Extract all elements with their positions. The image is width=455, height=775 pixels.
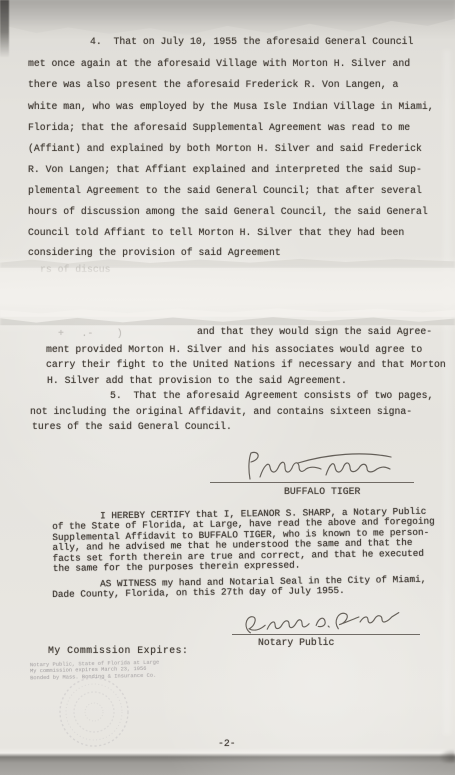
page-number: -2- [218, 738, 236, 750]
affiant-typed-name: BUFFALO TIGER [284, 486, 360, 498]
document-line: 5. That the aforesaid Agreement consists… [110, 390, 433, 402]
document-line: white man, who was employed by the Musa … [28, 101, 434, 113]
document-line: carry their fight to the United Nations … [46, 359, 446, 371]
document-line: there was also present the aforesaid Fre… [28, 79, 398, 91]
affiant-signature-line [210, 482, 414, 483]
document-line: met once again at the aforesaid Village … [28, 58, 410, 70]
scan-lighting-overlay [0, 0, 455, 775]
scanned-affidavit-page: 4. That on July 10, 1955 the aforesaid G… [0, 0, 455, 775]
document-line: Council told Affiant to tell Morton H. S… [28, 227, 404, 239]
document-line: Dade County, Florida, on this 27th day o… [52, 585, 444, 601]
document-line: ment provided Morton H. Silver and his a… [46, 344, 422, 356]
affiant-handwritten-signature [238, 448, 403, 486]
top-left-edge-shadow [0, 0, 9, 58]
document-line: plemental Agreement to the said General … [28, 185, 422, 197]
document-line: Florida; that the aforesaid Supplemental… [28, 122, 410, 134]
document-line: the same for the purposes therein expres… [53, 559, 445, 575]
bottom-right-smudge [439, 749, 455, 763]
document-line: tures of the said General Council. [32, 421, 232, 433]
faint-erased-marks: + .- ) [58, 328, 123, 340]
notarial-seal-icon [54, 674, 134, 752]
notary-certification-paragraph: I HEREBY CERTIFY that I, ELEANOR S. SHAR… [52, 507, 445, 575]
document-line: (Affiant) and explained by both Morton H… [28, 143, 422, 155]
notary-signature-line [232, 634, 420, 635]
top-scan-shadow [0, 0, 455, 36]
document-line: R. Von Langen; that Affiant explained an… [28, 164, 422, 176]
document-line: not including the original Affidavit, an… [30, 406, 412, 418]
notary-typed-title: Notary Public [258, 637, 334, 649]
document-line: hours of discussion among the said Gener… [28, 206, 428, 218]
document-line: H. Silver add that provision to the said… [47, 375, 347, 387]
right-edge-highlight [443, 50, 451, 735]
document-line: and that they would sign the said Agree- [197, 326, 432, 338]
witness-clause: AS WITNESS my hand and Notarial Seal in … [52, 575, 444, 601]
commission-expires-label: My Commission Expires: [48, 645, 188, 657]
document-line: 4. That on July 10, 1955 the aforesaid G… [90, 36, 413, 48]
